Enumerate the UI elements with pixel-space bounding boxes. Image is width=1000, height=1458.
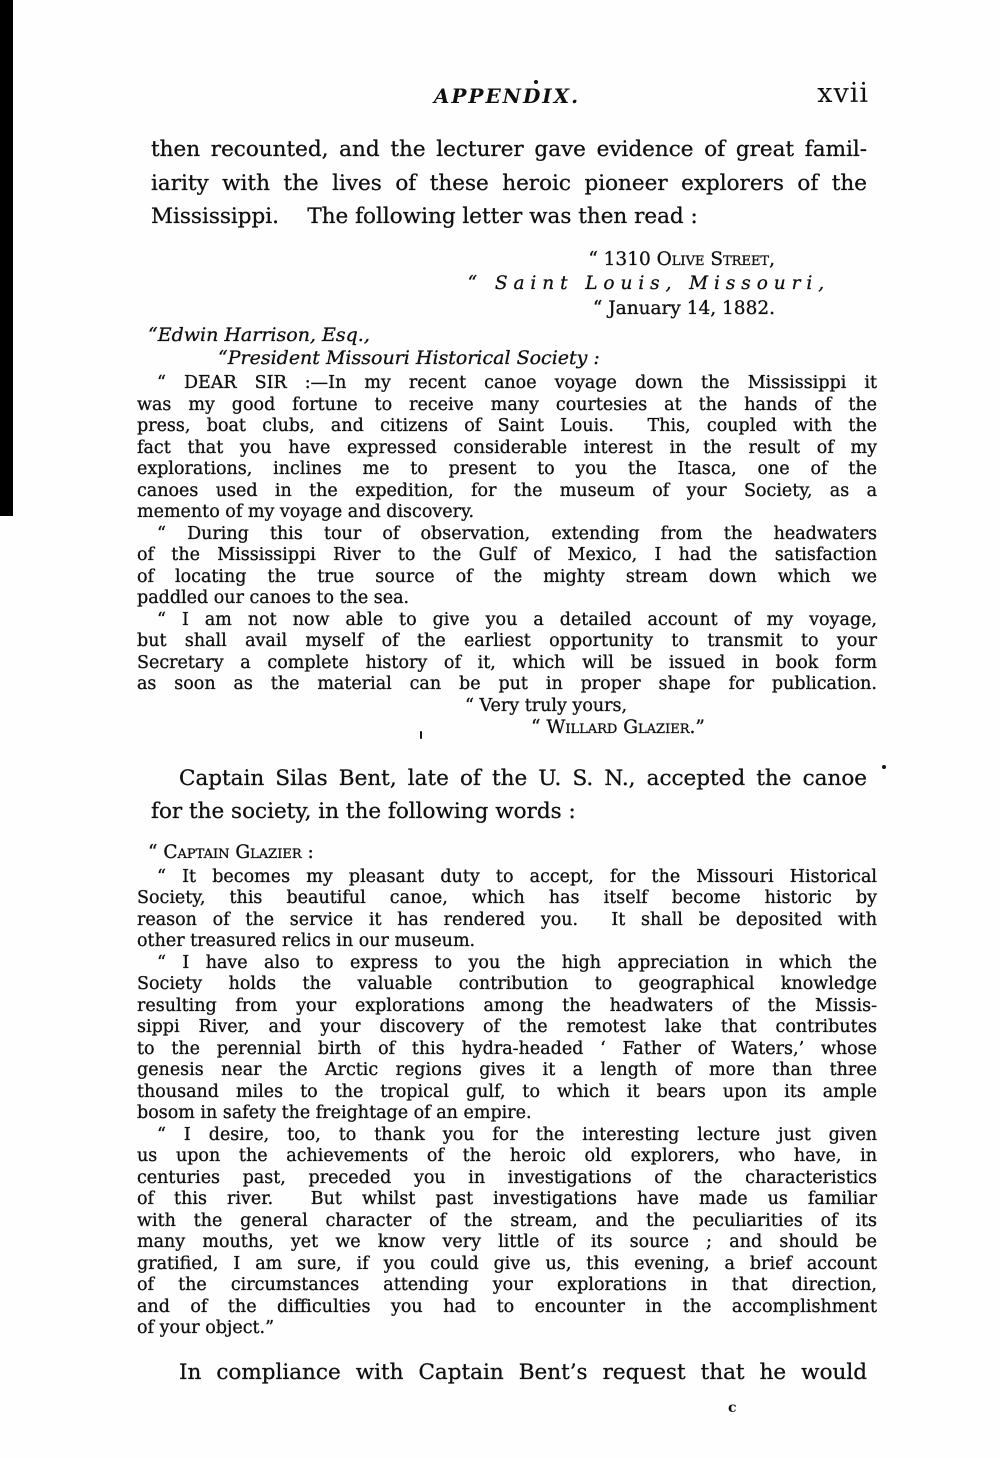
letter1-paragraph-1-body: “ DEAR SIR :—In my recent canoe voyage d… [137, 373, 877, 502]
letter1-paragraph-2-last-line: paddled our canoes to the sea. [137, 588, 877, 610]
letter1-paragraph-3: “ I am not now able to give you a detail… [137, 610, 877, 696]
page-number: xvii [817, 78, 869, 109]
intro-paragraph-body: then recounted, and the lecturer gave ev… [151, 133, 867, 200]
addressee-name: “Edwin Harrison, Esq., [148, 324, 877, 347]
scan-edge-bar [0, 0, 13, 516]
acceptance-intro-last-line: for the society, in the following words … [151, 795, 867, 829]
stray-c-mark: c [728, 1400, 737, 1416]
letter2-paragraph-1-body: “ It becomes my pleasant duty to accept,… [137, 867, 877, 932]
letter2-paragraph-2: “ I have also to express to you the high… [137, 953, 877, 1125]
ink-speck [882, 765, 886, 769]
letter1-paragraph-3-body: “ I am not now able to give you a detail… [137, 610, 877, 696]
addressee-title: “President Missouri Historical Society : [218, 347, 877, 370]
ink-speck [420, 731, 422, 739]
acceptance-intro-body: Captain Silas Bent, late of the U. S. N.… [151, 762, 867, 796]
scanned-book-page: APPENDIX. xvii then recounted, and the l… [0, 0, 1000, 1458]
letter2-paragraph-1: “ It becomes my pleasant duty to accept,… [137, 867, 877, 953]
page-content: APPENDIX. xvii then recounted, and the l… [137, 0, 877, 1389]
letter1-valediction: “ Very truly yours, [465, 696, 877, 718]
letter2-paragraph-3: “ I desire, too, to thank you for the in… [137, 1125, 877, 1340]
letter1-signature: “ Willard Glazier.” [531, 717, 877, 739]
ink-speck [534, 80, 538, 84]
letter2-paragraph-2-body: “ I have also to express to you the high… [137, 953, 877, 1104]
letter1-paragraph-2-body: “ During this tour of observation, exten… [137, 524, 877, 589]
intro-paragraph-last-line: Mississippi. The following letter was th… [151, 200, 867, 234]
address-line-date: “ January 14, 1882. [137, 297, 775, 322]
letter2-paragraph-3-last-line: of your object.” [137, 1318, 877, 1340]
closing-paragraph: In compliance with Captain Bent’s reques… [151, 1356, 867, 1390]
acceptance-intro-paragraph: Captain Silas Bent, late of the U. S. N.… [151, 762, 867, 829]
letter2-paragraph-2-last-line: bosom in safety the freightage of an emp… [137, 1103, 877, 1125]
address-line-city: “ Saint Louis, Missouri, [137, 272, 830, 297]
letter1-paragraph-1-last-line: memento of my voyage and discovery. [137, 502, 877, 524]
letter1-paragraph-1: “ DEAR SIR :—In my recent canoe voyage d… [137, 373, 877, 524]
letter2-salutation: “ Captain Glazier : [148, 842, 877, 863]
letter-address-block: “ 1310 Olive Street, “ Saint Louis, Miss… [137, 248, 877, 322]
running-title: APPENDIX. [434, 84, 580, 108]
letter-addressee-block: “Edwin Harrison, Esq., “President Missou… [137, 324, 877, 370]
closing-paragraph-body: In compliance with Captain Bent’s reques… [151, 1356, 867, 1390]
page-header: APPENDIX. xvii [137, 84, 877, 114]
letter2-paragraph-1-last-line: other treasured relics in our museum. [137, 931, 877, 953]
address-line-street: “ 1310 Olive Street, [137, 248, 775, 273]
letter2-paragraph-3-body: “ I desire, too, to thank you for the in… [137, 1125, 877, 1319]
intro-paragraph: then recounted, and the lecturer gave ev… [151, 133, 867, 234]
letter1-paragraph-2: “ During this tour of observation, exten… [137, 524, 877, 610]
